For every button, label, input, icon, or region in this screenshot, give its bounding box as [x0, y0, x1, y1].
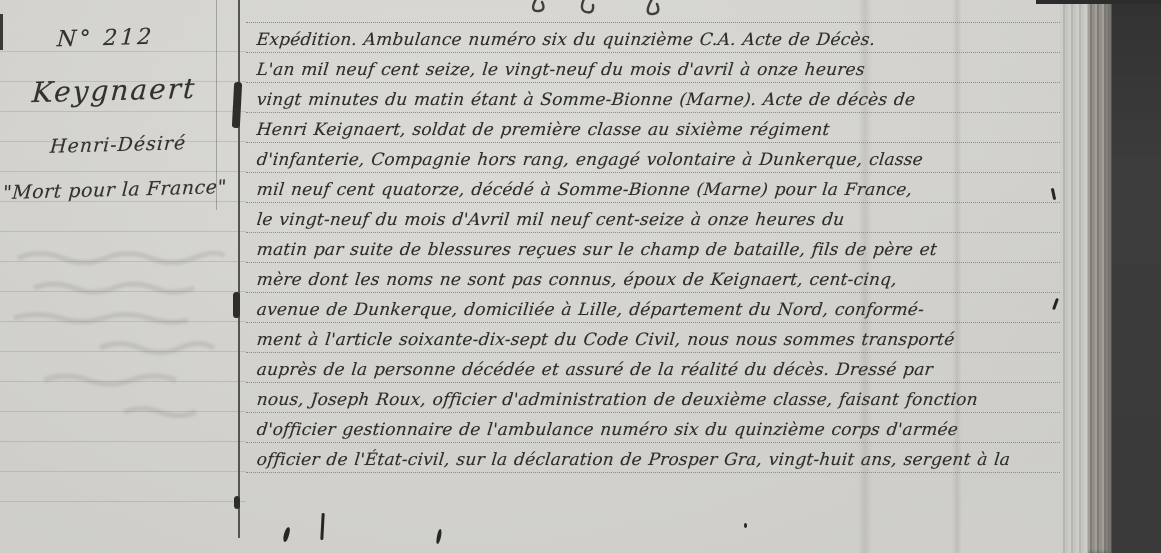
act-line-text: avenue de Dunkerque, domiciliée à Lille,…	[246, 293, 926, 327]
act-line-12: auprès de la personne décédée et assuré …	[246, 353, 1060, 383]
act-line-text: Expédition. Ambulance numéro six du quin…	[246, 23, 877, 57]
ink-blot	[234, 496, 240, 509]
scan-edge-artifact	[1036, 0, 1161, 4]
act-line-text: vingt minutes du matin étant à Somme-Bio…	[246, 83, 917, 117]
ink-mark	[282, 527, 290, 543]
act-line-8: matin par suite de blessures reçues sur …	[246, 233, 1060, 263]
act-line-text: auprès de la personne décédée et assuré …	[246, 353, 935, 387]
margin-surname: Keygnaert	[31, 72, 197, 109]
act-line-text: L'an mil neuf cent seize, le vingt-neuf …	[246, 53, 867, 87]
act-line-text: matin par suite de blessures reçues sur …	[246, 233, 939, 267]
act-body: Expédition. Ambulance numéro six du quin…	[246, 22, 1060, 473]
page-edge-band	[1060, 0, 1088, 553]
act-line-text: d'officier gestionnaire de l'ambulance n…	[246, 413, 960, 447]
page-fold-shading	[858, 0, 872, 553]
act-line-11: ment à l'article soixante-dix-sept du Co…	[246, 323, 1060, 353]
act-line-4: Henri Keignaert, soldat de première clas…	[246, 113, 1060, 143]
header-flourish	[520, 0, 670, 21]
act-number: N° 212	[56, 25, 155, 53]
scan-background	[1112, 0, 1161, 553]
act-line-6: mil neuf cent quatorze, décédé à Somme-B…	[246, 173, 1060, 203]
act-line-13: nous, Joseph Roux, officier d'administra…	[246, 383, 1060, 413]
margin-divider-line	[238, 0, 240, 538]
act-line-text: Henri Keignaert, soldat de première clas…	[246, 113, 831, 147]
act-line-3: vingt minutes du matin étant à Somme-Bio…	[246, 83, 1060, 113]
act-line-15: officier de l'État-civil, sur la déclara…	[246, 443, 1060, 473]
act-line-5: d'infanterie, Compagnie hors rang, engag…	[246, 143, 1060, 173]
ink-mark	[320, 513, 324, 540]
act-line-text: le vingt-neuf du mois d'Avril mil neuf c…	[246, 203, 846, 237]
act-line-text: mère dont les noms ne sont pas connus, é…	[246, 263, 899, 297]
ink-mark	[436, 529, 443, 544]
ink-mark	[744, 523, 747, 528]
bleed-through-smudge	[4, 244, 236, 454]
act-line-7: le vingt-neuf du mois d'Avril mil neuf c…	[246, 203, 1060, 233]
margin-divider-line-light	[216, 0, 217, 210]
act-line-1: Expédition. Ambulance numéro six du quin…	[246, 23, 1060, 53]
scan-edge-artifact	[0, 14, 3, 50]
act-line-text: mil neuf cent quatorze, décédé à Somme-B…	[246, 173, 914, 207]
act-line-text: officier de l'État-civil, sur la déclara…	[246, 443, 1012, 477]
act-line-text: d'infanterie, Compagnie hors rang, engag…	[246, 143, 925, 177]
act-line-text: ment à l'article soixante-dix-sept du Co…	[246, 323, 956, 357]
page-fold-shading	[952, 0, 962, 553]
document-scan: N° 212 Keygnaert Henri-Désiré "Mort pour…	[0, 0, 1161, 553]
margin-given-names: Henri-Désiré	[49, 132, 187, 158]
ink-blot	[233, 292, 240, 318]
act-line-10: avenue de Dunkerque, domiciliée à Lille,…	[246, 293, 1060, 323]
page-edge-band-dark	[1088, 0, 1112, 553]
act-line-2: L'an mil neuf cent seize, le vingt-neuf …	[246, 53, 1060, 83]
act-line-9: mère dont les noms ne sont pas connus, é…	[246, 263, 1060, 293]
act-line-14: d'officier gestionnaire de l'ambulance n…	[246, 413, 1060, 443]
